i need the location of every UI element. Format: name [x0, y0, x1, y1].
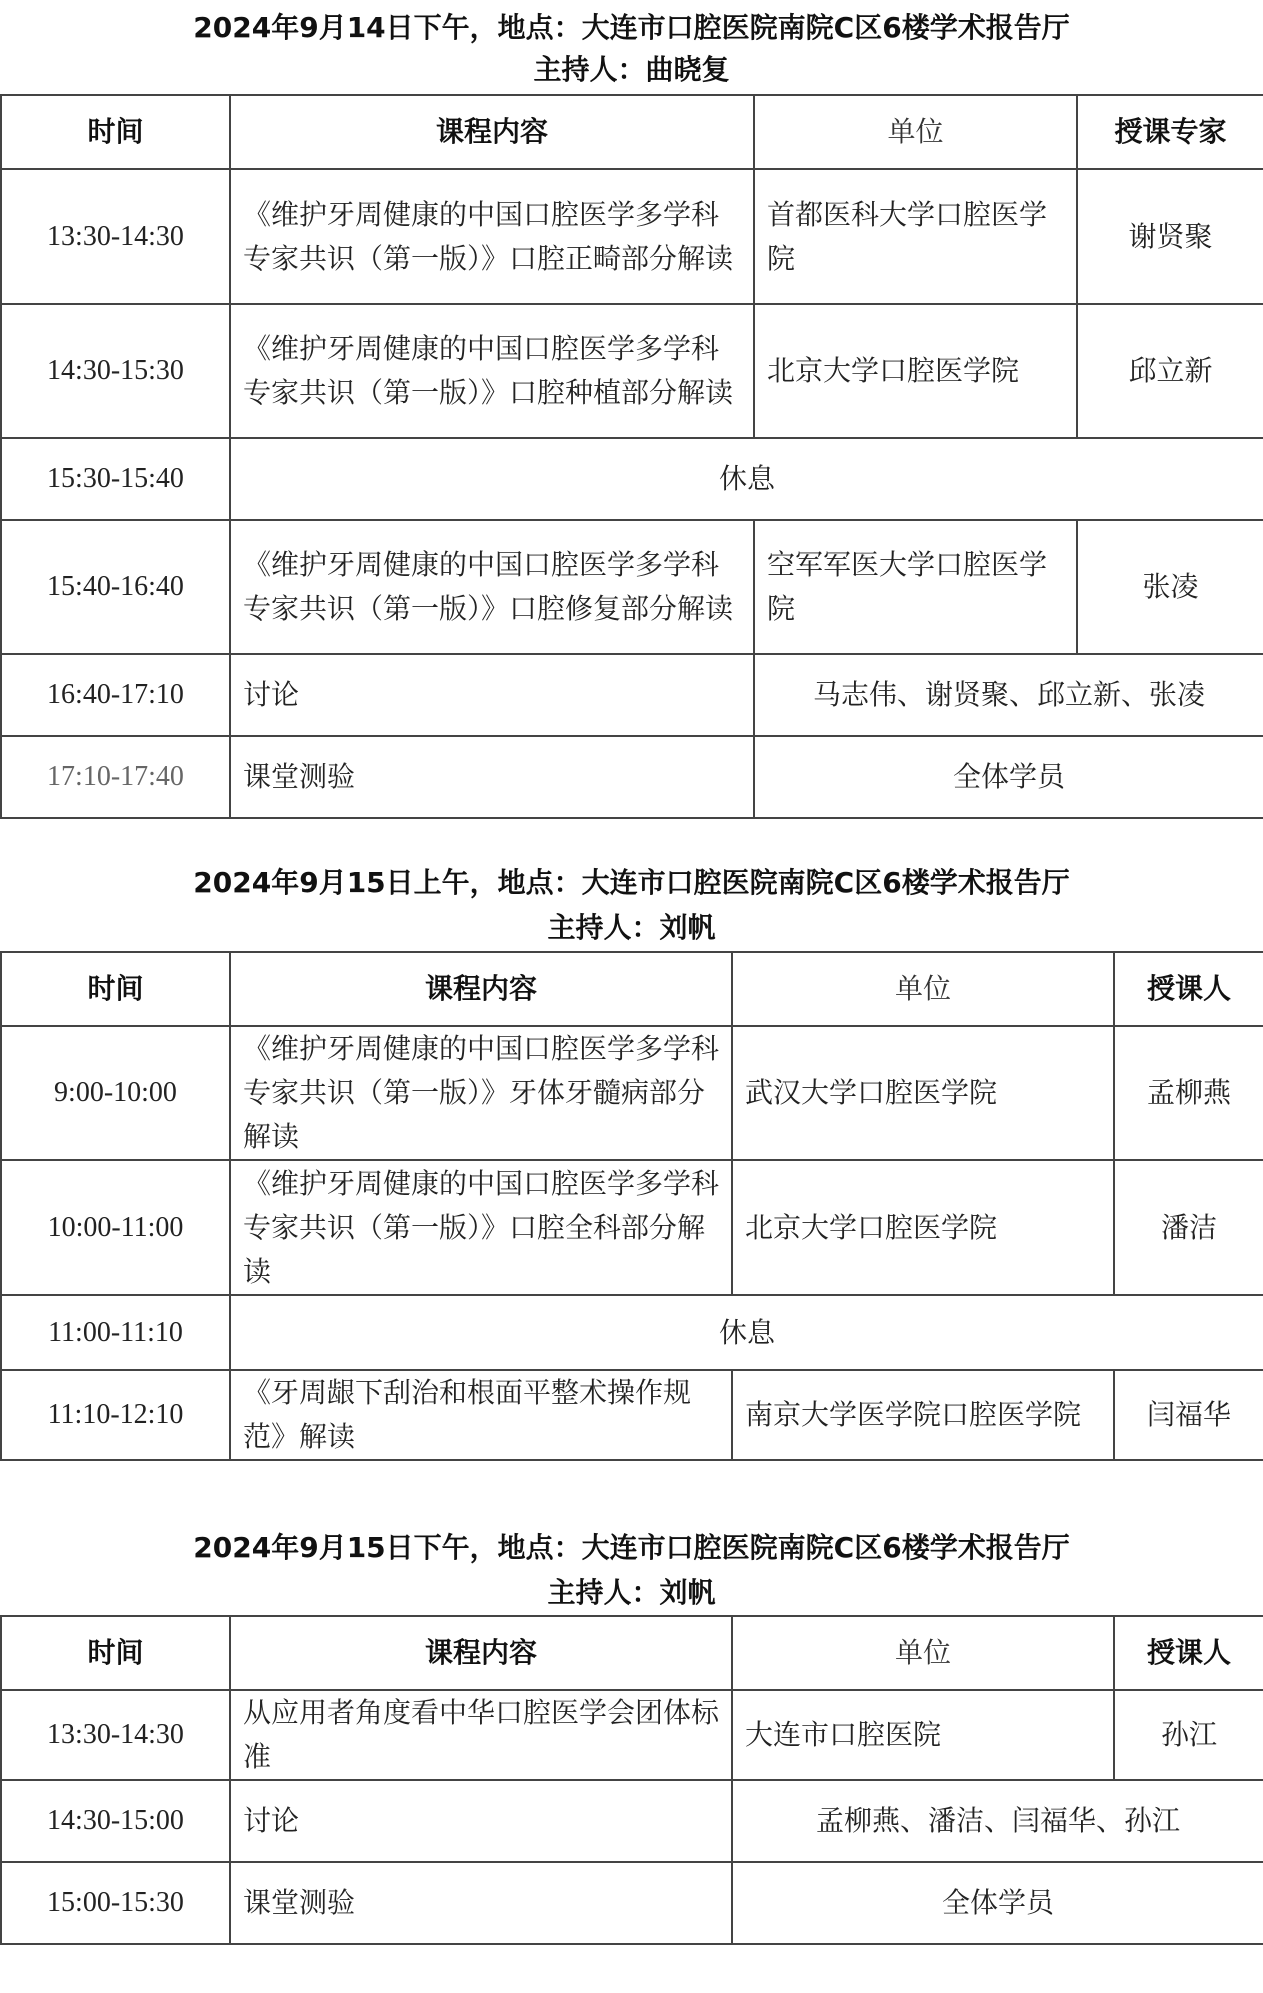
header-time: 时间 [1, 952, 230, 1026]
content-cell: 课堂测验 [230, 736, 754, 818]
table-header-row: 时间 课程内容 单位 授课专家 [1, 95, 1263, 169]
time-cell: 15:30-15:40 [1, 438, 230, 520]
time-cell: 11:10-12:10 [1, 1370, 230, 1460]
content-cell: 讨论 [230, 654, 754, 736]
section-3-title: 2024年9月15日下午，地点：大连市口腔医院南院C区6楼学术报告厅 [0, 1530, 1263, 1566]
speaker-cell: 孟柳燕 [1114, 1026, 1263, 1160]
table-header-row: 时间 课程内容 单位 授课人 [1, 952, 1263, 1026]
time-cell: 13:30-14:30 [1, 1690, 230, 1780]
table-row: 9:00-10:00 《维护牙周健康的中国口腔医学多学科专家共识（第一版）》牙体… [1, 1026, 1263, 1160]
table-row: 10:00-11:00 《维护牙周健康的中国口腔医学多学科专家共识（第一版）》口… [1, 1160, 1263, 1295]
table-row: 17:10-17:40 课堂测验 全体学员 [1, 736, 1263, 818]
content-cell: 《维护牙周健康的中国口腔医学多学科专家共识（第一版）》口腔种植部分解读 [230, 304, 754, 438]
participants-cell: 马志伟、谢贤聚、邱立新、张凌 [754, 654, 1263, 736]
table-row-break: 15:30-15:40 休息 [1, 438, 1263, 520]
time-cell: 14:30-15:30 [1, 304, 230, 438]
header-content: 课程内容 [230, 95, 754, 169]
time-cell: 13:30-14:30 [1, 169, 230, 304]
time-cell: 9:00-10:00 [1, 1026, 230, 1160]
header-unit: 单位 [754, 95, 1077, 169]
participants-cell: 全体学员 [732, 1862, 1263, 1944]
time-cell: 15:00-15:30 [1, 1862, 230, 1944]
header-speaker: 授课人 [1114, 952, 1263, 1026]
header-unit: 单位 [732, 1616, 1114, 1690]
unit-cell: 北京大学口腔医学院 [732, 1160, 1114, 1295]
table-row: 11:10-12:10 《牙周龈下刮治和根面平整术操作规范》解读 南京大学医学院… [1, 1370, 1263, 1460]
time-cell: 14:30-15:00 [1, 1780, 230, 1862]
speaker-cell: 张凌 [1077, 520, 1263, 654]
speaker-cell: 孙江 [1114, 1690, 1263, 1780]
schedule-table-1: 时间 课程内容 单位 授课专家 13:30-14:30 《维护牙周健康的中国口腔… [0, 94, 1263, 819]
unit-cell: 北京大学口腔医学院 [754, 304, 1077, 438]
unit-cell: 武汉大学口腔医学院 [732, 1026, 1114, 1160]
break-cell: 休息 [230, 438, 1263, 520]
time-cell: 16:40-17:10 [1, 654, 230, 736]
table-row: 14:30-15:30 《维护牙周健康的中国口腔医学多学科专家共识（第一版）》口… [1, 304, 1263, 438]
content-cell: 课堂测验 [230, 1862, 732, 1944]
header-content: 课程内容 [230, 952, 732, 1026]
table-row: 14:30-15:00 讨论 孟柳燕、潘洁、闫福华、孙江 [1, 1780, 1263, 1862]
speaker-cell: 闫福华 [1114, 1370, 1263, 1460]
participants-cell: 全体学员 [754, 736, 1263, 818]
section-2-title: 2024年9月15日上午，地点：大连市口腔医院南院C区6楼学术报告厅 [0, 865, 1263, 901]
section-3-host: 主持人：刘帆 [0, 1575, 1263, 1611]
header-speaker: 授课专家 [1077, 95, 1263, 169]
content-cell: 《维护牙周健康的中国口腔医学多学科专家共识（第一版）》牙体牙髓病部分解读 [230, 1026, 732, 1160]
speaker-cell: 谢贤聚 [1077, 169, 1263, 304]
table-row: 13:30-14:30 《维护牙周健康的中国口腔医学多学科专家共识（第一版）》口… [1, 169, 1263, 304]
table-row: 15:00-15:30 课堂测验 全体学员 [1, 1862, 1263, 1944]
speaker-cell: 邱立新 [1077, 304, 1263, 438]
content-cell: 从应用者角度看中华口腔医学会团体标准 [230, 1690, 732, 1780]
time-cell: 11:00-11:10 [1, 1295, 230, 1370]
time-cell: 10:00-11:00 [1, 1160, 230, 1295]
participants-cell: 孟柳燕、潘洁、闫福华、孙江 [732, 1780, 1263, 1862]
section-1-host: 主持人：曲晓复 [0, 52, 1263, 88]
time-cell: 15:40-16:40 [1, 520, 230, 654]
table-header-row: 时间 课程内容 单位 授课人 [1, 1616, 1263, 1690]
unit-cell: 南京大学医学院口腔医学院 [732, 1370, 1114, 1460]
table-row: 13:30-14:30 从应用者角度看中华口腔医学会团体标准 大连市口腔医院 孙… [1, 1690, 1263, 1780]
header-content: 课程内容 [230, 1616, 732, 1690]
unit-cell: 大连市口腔医院 [732, 1690, 1114, 1780]
schedule-table-3: 时间 课程内容 单位 授课人 13:30-14:30 从应用者角度看中华口腔医学… [0, 1615, 1263, 1945]
unit-cell: 空军军医大学口腔医学院 [754, 520, 1077, 654]
header-speaker: 授课人 [1114, 1616, 1263, 1690]
unit-cell: 首都医科大学口腔医学院 [754, 169, 1077, 304]
break-cell: 休息 [230, 1295, 1263, 1370]
header-unit: 单位 [732, 952, 1114, 1026]
section-2-host: 主持人：刘帆 [0, 910, 1263, 946]
schedule-table-2: 时间 课程内容 单位 授课人 9:00-10:00 《维护牙周健康的中国口腔医学… [0, 951, 1263, 1461]
table-row-break: 11:00-11:10 休息 [1, 1295, 1263, 1370]
content-cell: 《维护牙周健康的中国口腔医学多学科专家共识（第一版）》口腔修复部分解读 [230, 520, 754, 654]
table-row: 16:40-17:10 讨论 马志伟、谢贤聚、邱立新、张凌 [1, 654, 1263, 736]
time-cell: 17:10-17:40 [1, 736, 230, 818]
header-time: 时间 [1, 1616, 230, 1690]
content-cell: 《维护牙周健康的中国口腔医学多学科专家共识（第一版）》口腔正畸部分解读 [230, 169, 754, 304]
speaker-cell: 潘洁 [1114, 1160, 1263, 1295]
header-time: 时间 [1, 95, 230, 169]
content-cell: 《维护牙周健康的中国口腔医学多学科专家共识（第一版）》口腔全科部分解读 [230, 1160, 732, 1295]
table-row: 15:40-16:40 《维护牙周健康的中国口腔医学多学科专家共识（第一版）》口… [1, 520, 1263, 654]
content-cell: 《牙周龈下刮治和根面平整术操作规范》解读 [230, 1370, 732, 1460]
content-cell: 讨论 [230, 1780, 732, 1862]
section-1-title: 2024年9月14日下午，地点：大连市口腔医院南院C区6楼学术报告厅 [0, 10, 1263, 46]
